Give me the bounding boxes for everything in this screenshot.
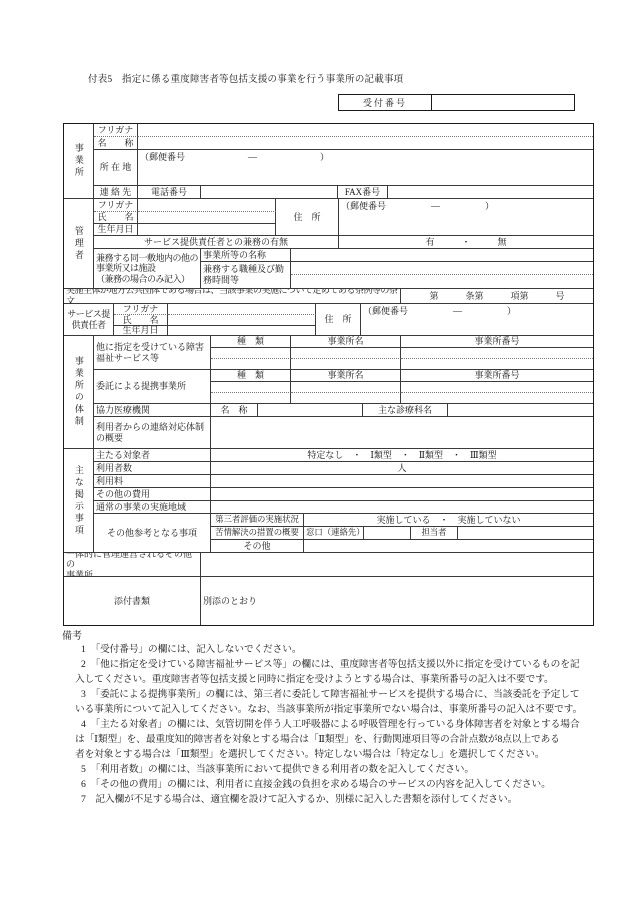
- entrusted-row: 委託による提携事業所 種 類 事業所名 事業所番号: [94, 370, 593, 404]
- medical-name-input: [258, 404, 363, 417]
- other-ref-label: その他参考となる事項: [94, 514, 211, 553]
- integrated-label: 一体的に管理運営されるその他の 事業所: [64, 553, 201, 577]
- type-input: [211, 393, 291, 404]
- complaint-window-label: 窓口（連絡先）: [304, 527, 364, 540]
- complaint-person-label: 担当者: [411, 527, 458, 540]
- same-site-office-name-label: 事業所等の名称: [201, 249, 291, 262]
- service-manager-furigana-label: フリガナ: [114, 304, 168, 315]
- manager-address-label: 住 所: [276, 199, 339, 236]
- manager-same-site-label: 兼務する同一敷地内の他の 事業所又は施設 （兼務の場合のみ記入）: [94, 249, 201, 289]
- type-header: 種 類: [211, 336, 291, 348]
- entrusted-label: 委託による提携事業所: [94, 370, 211, 404]
- page-title: 付表5 指定に係る重度障害者等包括支援の事業を行う事業所の記載事項: [88, 71, 403, 85]
- users-label: 利用者数: [94, 462, 211, 475]
- contact-system-label: 利用者からの連絡対応体制 の概要: [94, 417, 211, 449]
- same-site-office-name-row: 事業所等の名称: [201, 249, 593, 262]
- entrusted-header: 種 類 事業所名 事業所番号: [211, 370, 593, 382]
- office-tel-input: [201, 186, 338, 199]
- office-location-row: 所 在 地 （郵便番号 ― ）: [94, 150, 593, 186]
- office-tel-label: 電話番号: [138, 186, 201, 199]
- ordinance-label: 実施主体が地方公共団体である場合は、当該事業の実施について定めてある条例等の条文: [64, 289, 401, 304]
- other-cost-label: その他の費用: [94, 488, 211, 501]
- remark-note-7: 7 記入欄が不足する場合は、適宜欄を設けて記入するか、別様に記入した書類を添付し…: [63, 792, 590, 807]
- office-name-input: [291, 382, 401, 393]
- office-furigana-label: フリガナ: [94, 124, 138, 137]
- office-number-input: [401, 359, 593, 370]
- office-location-label: 所 在 地: [94, 150, 138, 186]
- manager-group-label: 管理者: [64, 199, 94, 289]
- main-target-label: 主たる対象者: [94, 449, 211, 462]
- entrusted-table: 種 類 事業所名 事業所番号: [211, 370, 593, 404]
- ordinance-value: 第 条第 項第 号: [401, 289, 593, 304]
- service-manager-section: サービス提 供責任者 フリガナ 氏 名 生年月日 住 所 （郵便番号 ― ）: [64, 304, 593, 336]
- manager-concurrent-label: サービス提供責任者との兼務の有無: [94, 236, 339, 249]
- area-label: 通常の事業の実施地域: [94, 501, 211, 514]
- posting-group-label: 主な掲示事項: [64, 449, 94, 553]
- attachment-value: 別添のとおり: [201, 577, 593, 625]
- complaint-person-input: [458, 527, 593, 540]
- manager-concurrent-options: 有 ・ 無: [339, 236, 593, 249]
- third-party-options: 実施している ・ 実施していない: [304, 514, 593, 527]
- service-manager-postal-input: （郵便番号 ― ）: [361, 304, 593, 336]
- area-input: [211, 501, 593, 514]
- third-party-label: 第三者評価の実施状況: [211, 514, 304, 527]
- office-contact-label: 連 絡 先: [94, 186, 138, 199]
- other-designated-header: 種 類 事業所名 事業所番号: [211, 336, 593, 348]
- same-site-job-input: [291, 275, 593, 289]
- integrated-input: [201, 553, 593, 577]
- manager-postal-input: （郵便番号 ― ）: [339, 199, 593, 236]
- other-row: その他: [211, 540, 593, 553]
- same-site-office-name-input: [291, 249, 593, 262]
- manager-rows: フリガナ 氏 名 生年月日 住 所 （郵便番号 ― ） サービス提供責任者との兼…: [94, 199, 593, 289]
- office-name-input: [291, 348, 401, 359]
- manager-section: 管理者 フリガナ 氏 名 生年月日 住 所 （郵便番号 ― ）: [64, 199, 593, 289]
- other-label: その他: [211, 540, 304, 553]
- office-section: 事業所 フリガナ 名 称 所 在 地 （郵便番号 ― ） 連 絡 先: [64, 124, 593, 199]
- office-name-row: 名 称: [94, 137, 593, 150]
- entrusted-data-row: [211, 393, 593, 404]
- office-name-header: 事業所名: [291, 370, 401, 382]
- users-row: 利用者数 人: [94, 462, 593, 475]
- office-number-input: [401, 393, 593, 404]
- manager-name-input: [138, 212, 276, 224]
- service-manager-address-label: 住 所: [316, 304, 361, 336]
- users-input: 人: [211, 462, 593, 475]
- fee-label: 利用料: [94, 475, 211, 488]
- service-manager-name-input: [168, 315, 316, 326]
- form-table: 事業所 フリガナ 名 称 所 在 地 （郵便番号 ― ） 連 絡 先: [63, 123, 594, 626]
- type-input: [211, 359, 291, 370]
- remarks-heading: 備考: [62, 627, 82, 642]
- office-group-label: 事業所: [64, 124, 94, 199]
- third-party-row: 第三者評価の実施状況 実施している ・ 実施していない: [211, 514, 593, 527]
- other-designated-data-row: [211, 359, 593, 370]
- manager-same-site-sub: 事業所等の名称 兼務する職種及び勤 務時間等: [201, 249, 593, 289]
- service-manager-labels: フリガナ 氏 名 生年月日: [114, 304, 168, 336]
- medical-row: 協力医療機関 名 称 主な診療科名: [94, 404, 593, 417]
- other-designated-data-row: [211, 348, 593, 359]
- attachment-label: 添付書類: [64, 577, 201, 625]
- complaint-label: 苦情解決の措置の概要: [211, 527, 304, 540]
- complaint-window-input: [364, 527, 411, 540]
- reception-number-box: 受付番号: [338, 94, 575, 111]
- service-manager-birthdate-input: [168, 326, 316, 336]
- office-fax-input: [388, 186, 593, 199]
- posting-section: 主な掲示事項 主たる対象者 特定なし ・ Ⅰ類型 ・ Ⅱ類型 ・ Ⅲ類型 利用者…: [64, 449, 593, 553]
- reception-number-input: [432, 95, 574, 110]
- attachment-row: 添付書類 別添のとおり: [64, 577, 593, 625]
- other-input: [304, 540, 593, 553]
- ordinance-row: 実施主体が地方公共団体である場合は、当該事業の実施について定めてある条例等の条文…: [64, 289, 593, 304]
- medical-name-label: 名 称: [211, 404, 258, 417]
- office-rows: フリガナ 名 称 所 在 地 （郵便番号 ― ） 連 絡 先 電話番号 FAX番: [94, 124, 593, 199]
- office-number-input: [401, 382, 593, 393]
- office-name-input: [138, 137, 593, 150]
- remark-note-4: 4 「主たる対象者」の欄には、気管切開を伴う人工呼吸器による呼吸管理を行っている…: [63, 717, 590, 762]
- main-target-options: 特定なし ・ Ⅰ類型 ・ Ⅱ類型 ・ Ⅲ類型: [211, 449, 593, 462]
- office-name-input: [291, 393, 401, 404]
- remark-note-3: 3 「委託による提携事業所」の欄には、第三者に委託して障害福祉サービスを提供する…: [63, 687, 590, 717]
- same-site-job-input: [291, 262, 593, 275]
- office-postal-input: （郵便番号 ― ）: [138, 150, 593, 186]
- manager-identity-inputs: [138, 199, 276, 236]
- fee-row: 利用料: [94, 475, 593, 488]
- remark-note-2: 2 「他に指定を受けている障害福祉サービス等」の欄には、重度障害者等包括支援以外…: [63, 657, 590, 687]
- other-designated-row: 他に指定を受けている障害 福祉サービス等 種 類 事業所名 事業所番号: [94, 336, 593, 370]
- office-furigana-input: [138, 124, 593, 137]
- office-number-header: 事業所番号: [401, 370, 593, 382]
- remark-note-6: 6 「その他の費用」の欄には、利用者に直接金銭の負担を求める場合のサービスの内容…: [63, 777, 590, 792]
- service-manager-group-label: サービス提 供責任者: [64, 304, 114, 336]
- office-number-input: [401, 348, 593, 359]
- office-name-header: 事業所名: [291, 336, 401, 348]
- office-contact-row: 連 絡 先 電話番号 FAX番号: [94, 186, 593, 199]
- medical-label: 協力医療機関: [94, 404, 211, 417]
- office-fax-label: FAX番号: [338, 186, 388, 199]
- reception-number-label: 受付番号: [339, 95, 432, 110]
- contact-system-row: 利用者からの連絡対応体制 の概要: [94, 417, 593, 449]
- medical-dept-input: [448, 404, 593, 417]
- office-number-header: 事業所番号: [401, 336, 593, 348]
- manager-birthdate-input: [138, 224, 276, 236]
- other-cost-row: その他の費用: [94, 488, 593, 501]
- manager-same-site-row: 兼務する同一敷地内の他の 事業所又は施設 （兼務の場合のみ記入） 事業所等の名称…: [94, 249, 593, 289]
- main-target-row: 主たる対象者 特定なし ・ Ⅰ類型 ・ Ⅱ類型 ・ Ⅲ類型: [94, 449, 593, 462]
- remark-note-5: 5 「利用者数」の欄には、当該事業所において提供できる利用者の数を記入してくださ…: [63, 762, 590, 777]
- fee-input: [211, 475, 593, 488]
- posting-rows: 主たる対象者 特定なし ・ Ⅰ類型 ・ Ⅱ類型 ・ Ⅲ類型 利用者数 人 利用料…: [94, 449, 593, 553]
- service-manager-birthdate-label: 生年月日: [114, 326, 168, 336]
- type-input: [211, 382, 291, 393]
- manager-birthdate-label: 生年月日: [94, 224, 138, 236]
- type-header: 種 類: [211, 370, 291, 382]
- other-designated-label: 他に指定を受けている障害 福祉サービス等: [94, 336, 211, 370]
- contact-system-input: [211, 417, 593, 449]
- area-row: 通常の事業の実施地域: [94, 501, 593, 514]
- office-furigana-row: フリガナ: [94, 124, 593, 137]
- other-ref-sub: 第三者評価の実施状況 実施している ・ 実施していない 苦情解決の措置の概要 窓…: [211, 514, 593, 553]
- same-site-job-label: 兼務する職種及び勤 務時間等: [201, 262, 291, 289]
- other-ref-row: その他参考となる事項 第三者評価の実施状況 実施している ・ 実施していない 苦…: [94, 514, 593, 553]
- other-cost-input: [211, 488, 593, 501]
- form-page: 付表5 指定に係る重度障害者等包括支援の事業を行う事業所の記載事項 受付番号 事…: [0, 0, 630, 902]
- system-rows: 他に指定を受けている障害 福祉サービス等 種 類 事業所名 事業所番号: [94, 336, 593, 449]
- remarks-notes: 1 「受付番号」の欄には、記入しないでください。 2 「他に指定を受けている障害…: [63, 642, 590, 807]
- manager-furigana-input: [138, 199, 276, 212]
- service-manager-inputs: [168, 304, 316, 336]
- same-site-job-inputs: [291, 262, 593, 289]
- integrated-row: 一体的に管理運営されるその他の 事業所: [64, 553, 593, 577]
- other-designated-table: 種 類 事業所名 事業所番号: [211, 336, 593, 370]
- office-name-input: [291, 359, 401, 370]
- complaint-row: 苦情解決の措置の概要 窓口（連絡先） 担当者: [211, 527, 593, 540]
- service-manager-furigana-input: [168, 304, 316, 315]
- type-input: [211, 348, 291, 359]
- manager-identity-rows: フリガナ 氏 名 生年月日 住 所 （郵便番号 ― ）: [94, 199, 593, 236]
- manager-concurrent-row: サービス提供責任者との兼務の有無 有 ・ 無: [94, 236, 593, 249]
- system-group-label: 事業所の体制: [64, 336, 94, 449]
- entrusted-data-row: [211, 382, 593, 393]
- system-section: 事業所の体制 他に指定を受けている障害 福祉サービス等 種 類 事業所名 事業所…: [64, 336, 593, 449]
- service-manager-name-label: 氏 名: [114, 315, 168, 326]
- manager-name-label: 氏 名: [94, 212, 138, 224]
- manager-furigana-label: フリガナ: [94, 199, 138, 212]
- medical-dept-label: 主な診療科名: [363, 404, 448, 417]
- same-site-job-row: 兼務する職種及び勤 務時間等: [201, 262, 593, 289]
- manager-identity-labels: フリガナ 氏 名 生年月日: [94, 199, 138, 236]
- office-name-label: 名 称: [94, 137, 138, 150]
- remark-note-1: 1 「受付番号」の欄には、記入しないでください。: [63, 642, 590, 657]
